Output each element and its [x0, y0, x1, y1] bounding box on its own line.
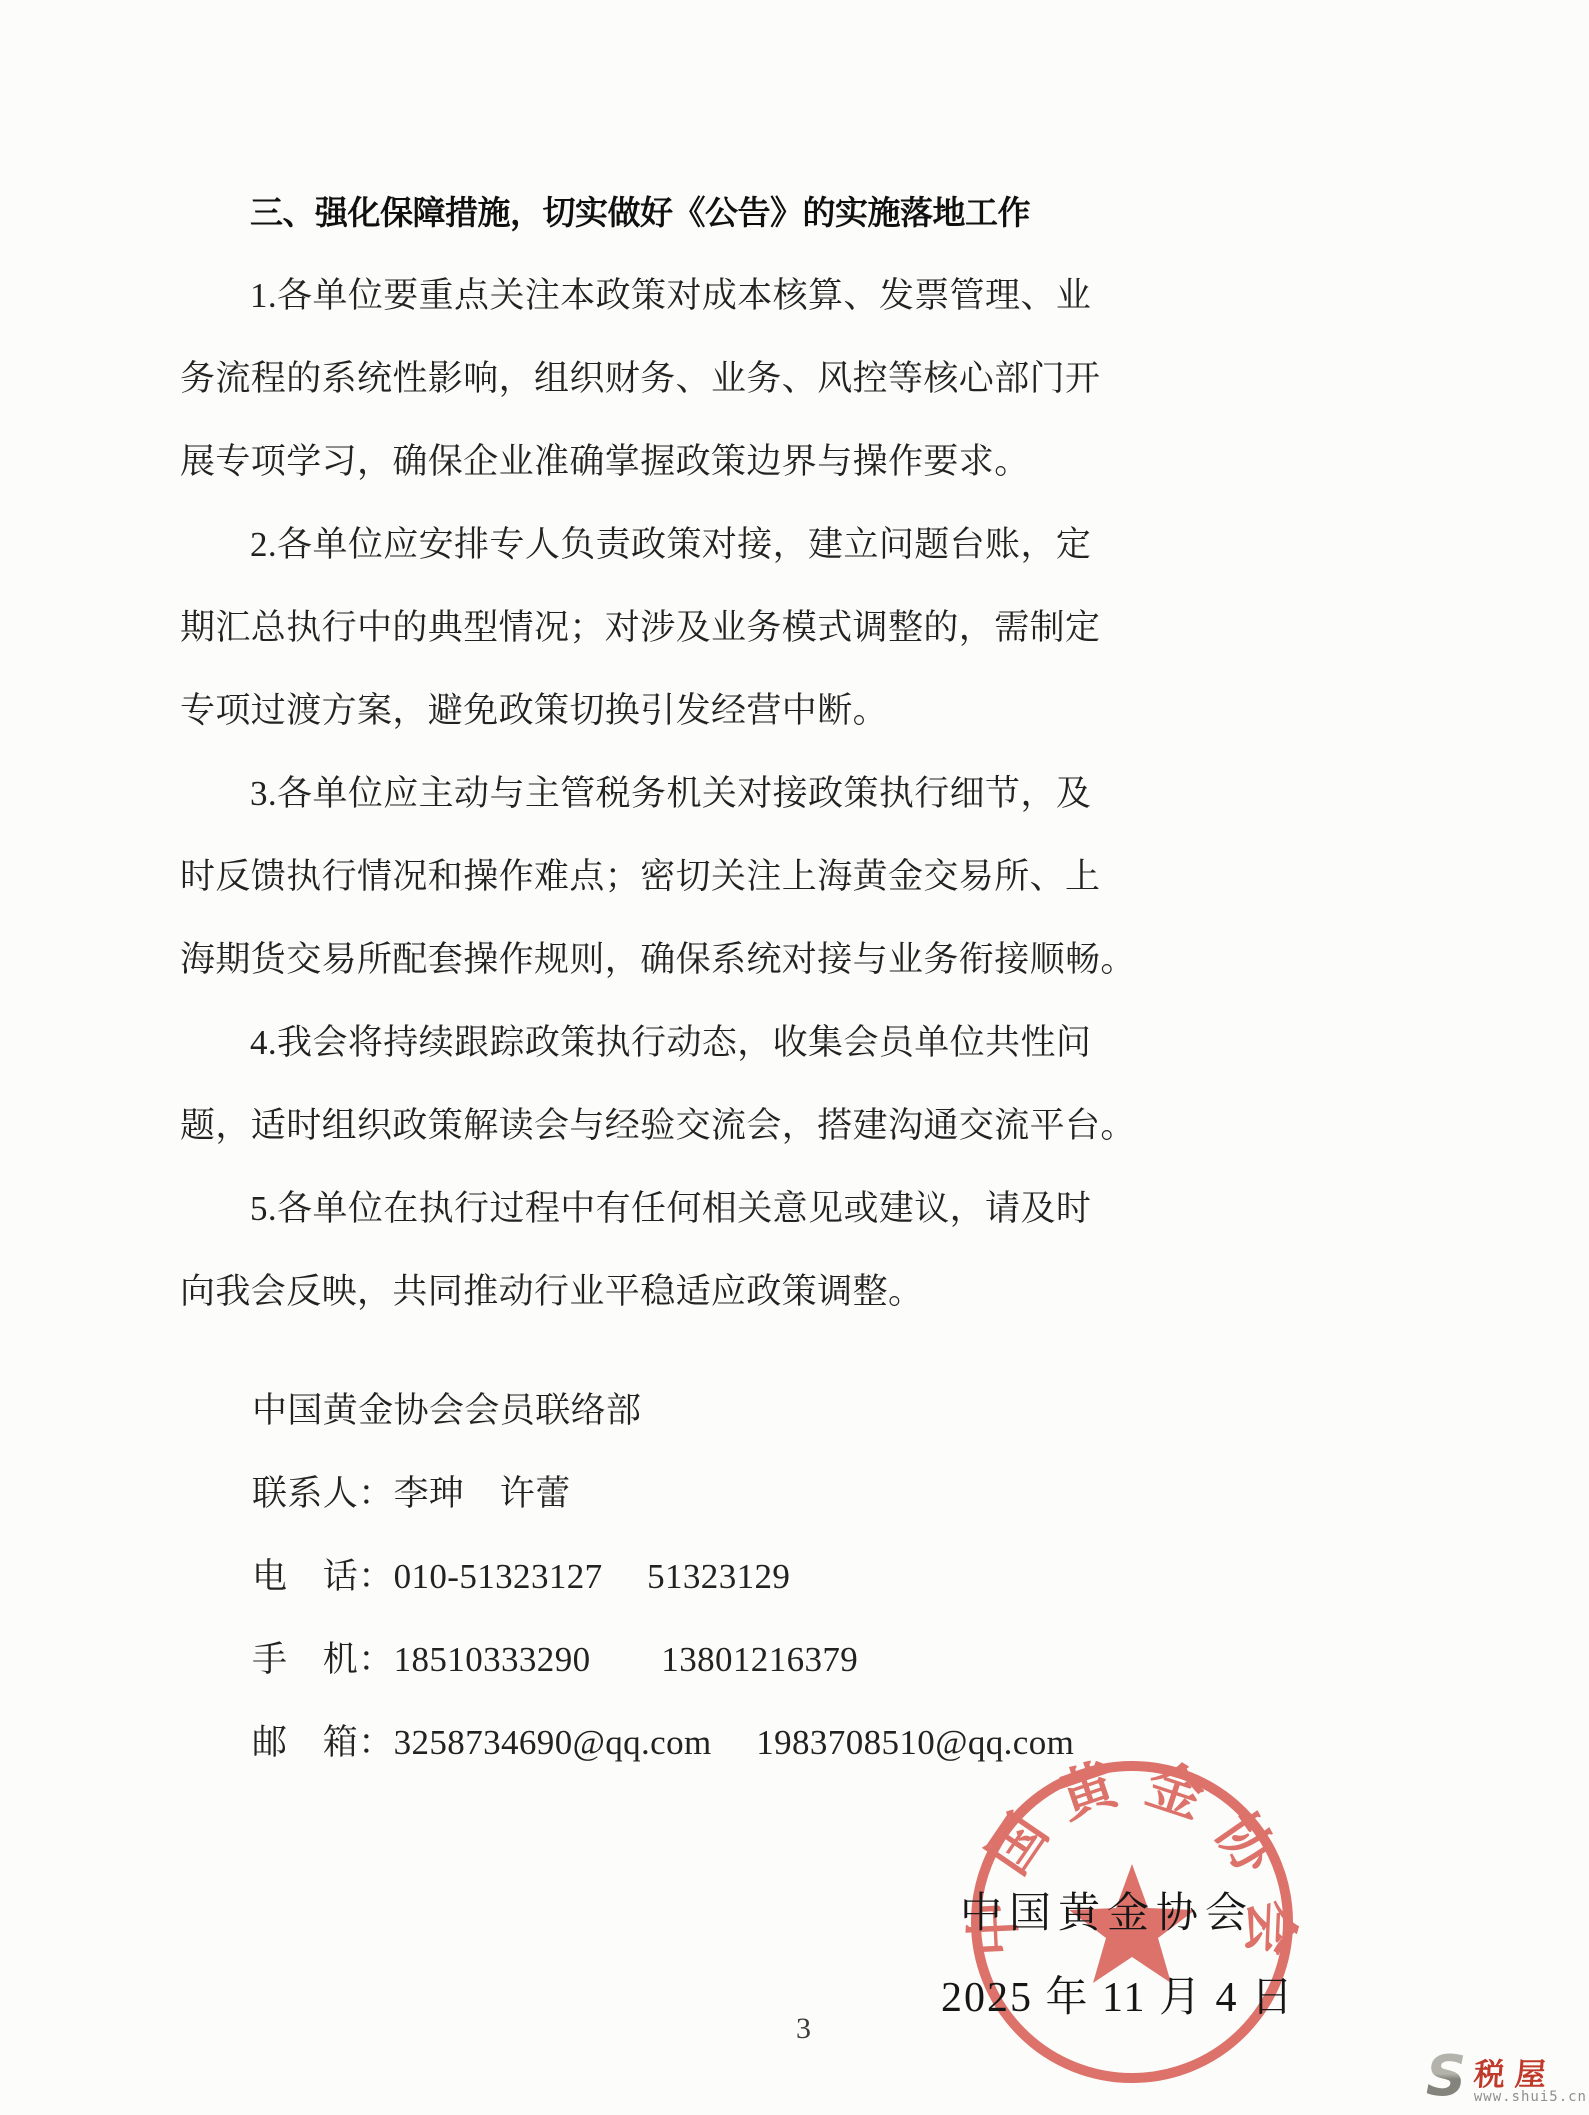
body-line: 5.各单位在执行过程中有任何相关意见或建议，请及时: [180, 1167, 1075, 1250]
contact-mobile: 手 机：18510333290 13801216379: [180, 1618, 1075, 1701]
contact-block: 中国黄金协会会员联络部 联系人：李珅 许蕾 电 话：010-51323127 5…: [180, 1369, 1075, 1784]
contact-person: 联系人：李珅 许蕾: [180, 1452, 1075, 1535]
contact-phone: 电 话：010-51323127 51323129: [180, 1535, 1075, 1618]
contact-department: 中国黄金协会会员联络部: [180, 1369, 1075, 1452]
body-line: 期汇总执行中的典型情况；对涉及业务模式调整的，需制定: [180, 586, 1075, 669]
body-line: 海期货交易所配套操作规则，确保系统对接与业务衔接顺畅。: [180, 918, 1075, 1001]
shui5-watermark: S 税屋 www.shui5.cn: [1418, 2049, 1587, 2105]
body-line: 3.各单位应主动与主管税务机关对接政策执行细节，及: [180, 752, 1075, 835]
watermark-url: www.shui5.cn: [1474, 2090, 1587, 2105]
body-line: 题，适时组织政策解读会与经验交流会，搭建沟通交流平台。: [180, 1084, 1075, 1167]
section-heading: 三、强化保障措施，切实做好《公告》的实施落地工作: [180, 171, 1075, 254]
body-line: 1.各单位要重点关注本政策对成本核算、发票管理、业: [180, 254, 1075, 337]
body-line: 务流程的系统性影响，组织财务、业务、风控等核心部门开: [180, 337, 1075, 420]
body-line: 展专项学习，确保企业准确掌握政策边界与操作要求。: [180, 420, 1075, 503]
document-page: 三、强化保障措施，切实做好《公告》的实施落地工作 1.各单位要重点关注本政策对成…: [0, 0, 1589, 2115]
shui5-s-logo-icon: S: [1418, 2049, 1472, 2105]
document-body: 三、强化保障措施，切实做好《公告》的实施落地工作 1.各单位要重点关注本政策对成…: [180, 171, 1075, 1784]
body-line: 时反馈执行情况和操作难点；密切关注上海黄金交易所、上: [180, 835, 1075, 918]
contact-email: 邮 箱：3258734690@qq.com 1983708510@qq.com: [180, 1701, 1075, 1784]
body-line: 4.我会将持续跟踪政策执行动态，收集会员单位共性问: [180, 1001, 1075, 1084]
body-line: 向我会反映，共同推动行业平稳适应政策调整。: [180, 1250, 1075, 1333]
watermark-text: 税屋 www.shui5.cn: [1474, 2060, 1587, 2105]
signature-date: 2025 年 11 月 4 日: [941, 1964, 1295, 2024]
watermark-brand: 税屋: [1473, 2060, 1557, 2090]
body-line: 专项过渡方案，避免政策切换引发经营中断。: [180, 669, 1075, 752]
signature-organization: 中国黄金协会: [960, 1880, 1254, 1940]
body-line: 2.各单位应安排专人负责政策对接，建立问题台账，定: [180, 503, 1075, 586]
page-number: 3: [796, 2012, 811, 2046]
watermark-letter: S: [1426, 2049, 1466, 2105]
